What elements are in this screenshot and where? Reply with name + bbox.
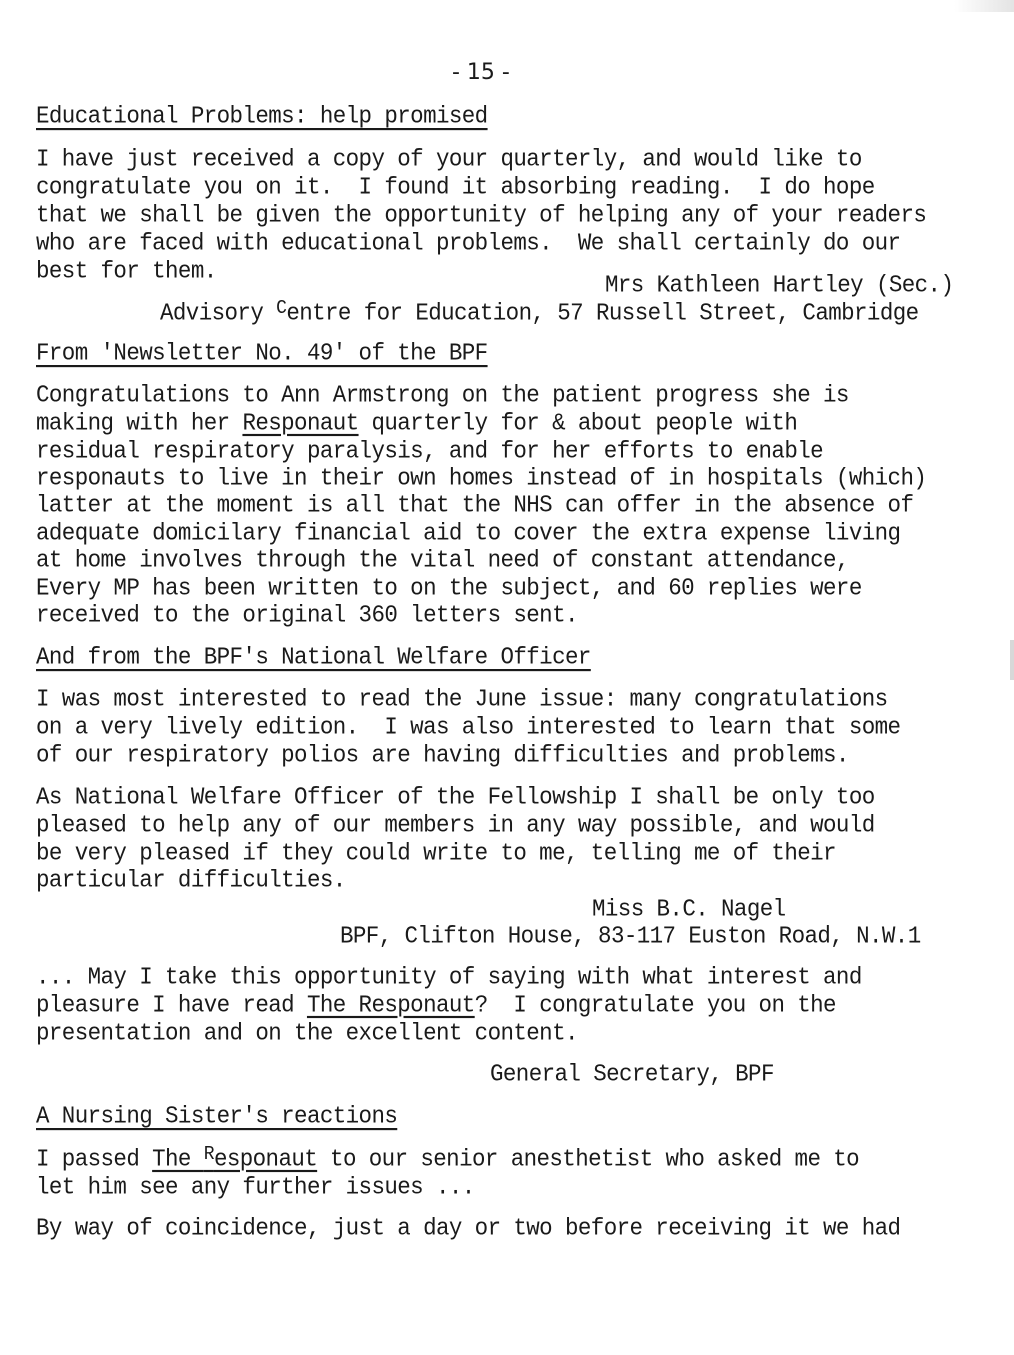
address-text: C xyxy=(276,298,286,320)
body-text: The xyxy=(152,1145,204,1173)
section-heading-educational: Educational Problems: help promised xyxy=(36,101,488,131)
section-heading-welfare-officer: And from the BPF's National Welfare Offi… xyxy=(36,642,591,672)
body-line: on a very lively edition. I was also int… xyxy=(36,712,900,742)
body-line: be very pleased if they could write to m… xyxy=(36,838,836,868)
body-line: that we shall be given the opportunity o… xyxy=(36,200,926,230)
body-text: to our senior anesthetist who asked me t… xyxy=(317,1145,859,1173)
page-number: - 15 - xyxy=(452,60,510,85)
section-heading-nursing-sister: A Nursing Sister's reactions xyxy=(36,1101,397,1131)
body-text: esponaut xyxy=(214,1145,317,1173)
document-page: - 15 - Educational Problems: help promis… xyxy=(0,0,1014,1355)
signature: General Secretary, BPF xyxy=(490,1059,774,1089)
body-line: presentation and on the excellent conten… xyxy=(36,1018,578,1048)
body-text: quarterly for & about people with xyxy=(359,409,798,437)
body-text: ? I congratulate you on the xyxy=(475,991,836,1019)
body-line: residual respiratory paralysis, and for … xyxy=(36,436,823,466)
body-line: best for them. xyxy=(36,256,217,286)
body-line: congratulate you on it. I found it absor… xyxy=(36,172,875,202)
body-text: I passed xyxy=(36,1145,152,1173)
body-line: ... May I take this opportunity of sayin… xyxy=(36,962,862,992)
body-line: responauts to live in their own homes in… xyxy=(36,463,926,493)
scan-edge-mark xyxy=(1010,640,1014,680)
body-line: pleased to help any of our members in an… xyxy=(36,810,875,840)
section-heading-newsletter: From 'Newsletter No. 49' of the BPF xyxy=(36,338,488,368)
publication-title: The Responaut xyxy=(307,991,475,1019)
address-line: BPF, Clifton House, 83-117 Euston Road, … xyxy=(340,921,921,951)
body-line: Every MP has been written to on the subj… xyxy=(36,573,862,603)
body-line: making with her Responaut quarterly for … xyxy=(36,408,797,438)
body-line: at home involves through the vital need … xyxy=(36,545,849,575)
body-line: of our respiratory polios are having dif… xyxy=(36,740,849,770)
body-line: received to the original 360 letters sen… xyxy=(36,600,578,630)
body-text: pleasure I have read xyxy=(36,991,307,1019)
body-line: pleasure I have read The Responaut? I co… xyxy=(36,990,836,1020)
body-text: making with her xyxy=(36,409,242,437)
body-line: latter at the moment is all that the NHS… xyxy=(36,490,913,520)
address-text: Advisory xyxy=(160,299,276,327)
signature: Miss B.C. Nagel xyxy=(592,894,786,924)
body-line: Congratulations to Ann Armstrong on the … xyxy=(36,380,849,410)
body-line: who are faced with educational problems.… xyxy=(36,228,900,258)
scan-smudge xyxy=(954,0,1014,12)
body-line: I have just received a copy of your quar… xyxy=(36,144,862,174)
address-line: Advisory Centre for Education, 57 Russel… xyxy=(160,298,919,330)
publication-title: Responaut xyxy=(242,409,358,437)
body-line: let him see any further issues ... xyxy=(36,1172,475,1202)
body-line: adequate domicilary financial aid to cov… xyxy=(36,518,900,548)
address-text: entre for Education, 57 Russell Street, … xyxy=(286,299,918,327)
signature: Mrs Kathleen Hartley (Sec.) xyxy=(605,270,953,300)
body-line: As National Welfare Officer of the Fello… xyxy=(36,782,875,812)
body-text: R xyxy=(204,1144,214,1166)
body-line: particular difficulties. xyxy=(36,865,346,895)
publication-title: The Responaut xyxy=(152,1145,317,1173)
body-line: I was most interested to read the June i… xyxy=(36,684,888,714)
body-line: By way of coincidence, just a day or two… xyxy=(36,1213,900,1243)
